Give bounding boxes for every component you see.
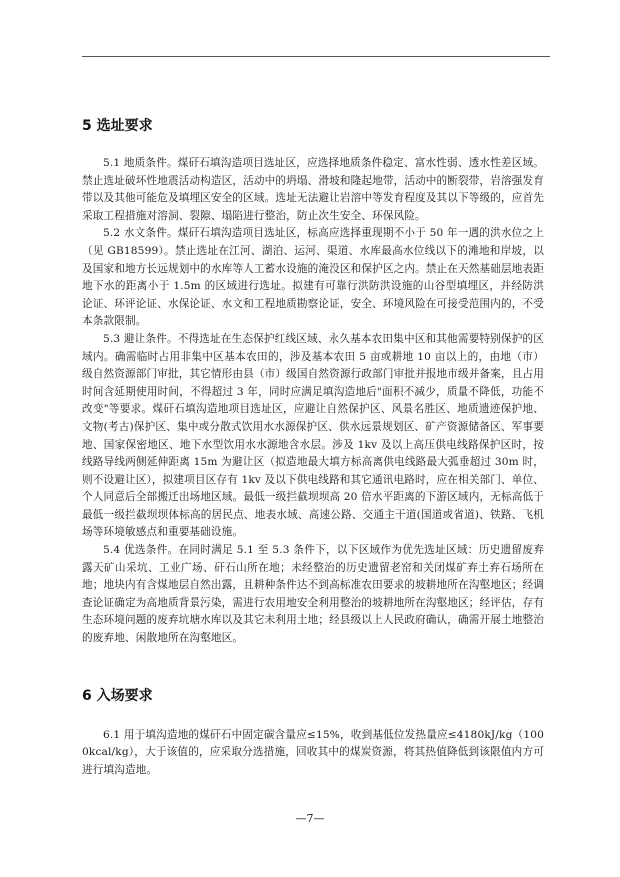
paragraph-6-1-carbon-content: 6.1 用于填沟造地的煤矸石中固定碳含量应≤15%，收到基低位发热量应≤4180… — [82, 727, 544, 780]
paragraph-5-1-geology: 5.1 地质条件。煤矸石填沟造项目选址区，应选择地质条件稳定、富水性弱、透水性差… — [82, 155, 544, 225]
page-number: —7— — [0, 812, 620, 825]
paragraph-5-2-hydrology: 5.2 水文条件。煤矸石填沟造项目选址区，标高应选择重现期不小于 50 年一遇的… — [82, 225, 544, 331]
section-title-entry-requirements: 6 入场要求 — [82, 686, 544, 706]
header-rule — [82, 56, 550, 57]
paragraph-5-3-avoidance: 5.3 避让条件。不得选址在生态保护红线区域、永久基本农田集中区和其他需要特别保… — [82, 331, 544, 542]
paragraph-5-4-preferred: 5.4 优选条件。在同时满足 5.1 至 5.3 条件下，以下区域作为优先选址区… — [82, 542, 544, 648]
document-body: 5 选址要求 5.1 地质条件。煤矸石填沟造项目选址区，应选择地质条件稳定、富水… — [82, 116, 544, 779]
section-title-site-selection: 5 选址要求 — [82, 116, 544, 136]
